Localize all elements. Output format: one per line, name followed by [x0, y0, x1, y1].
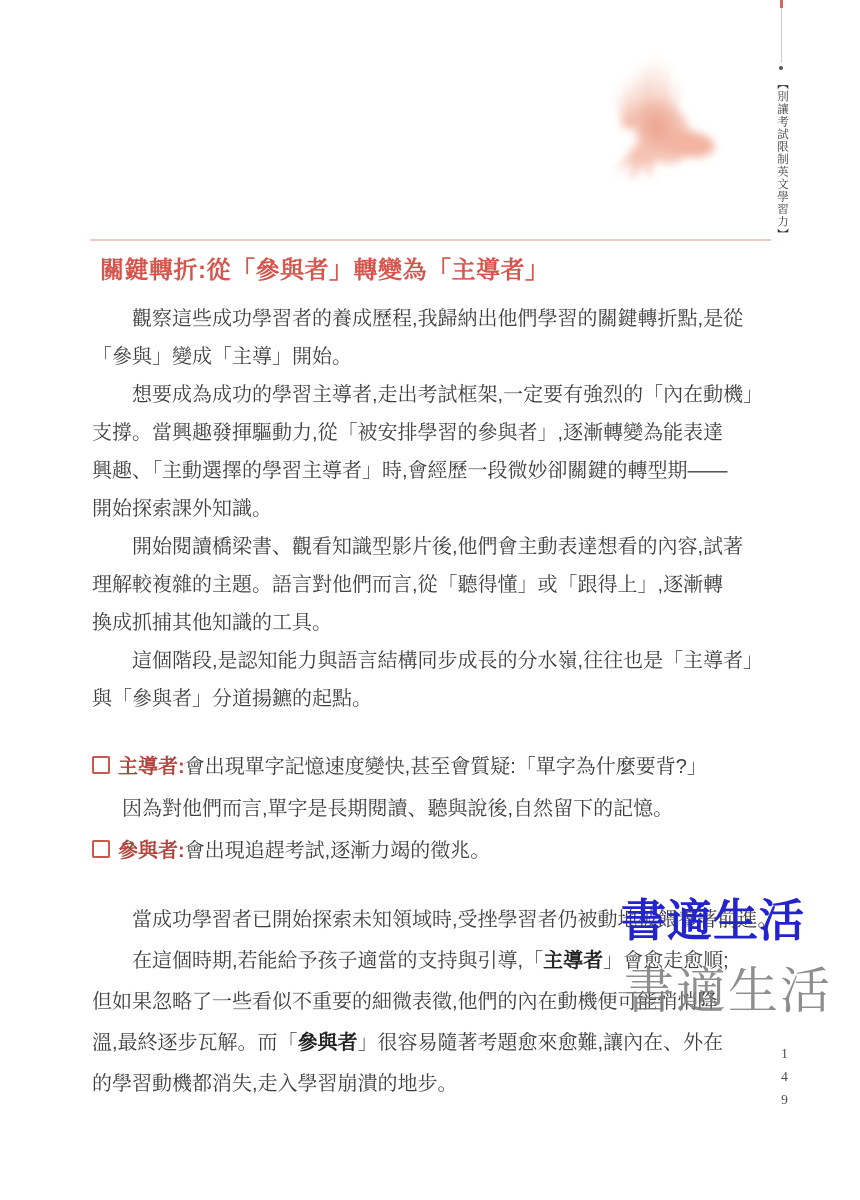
bullet-label: 參與者:	[118, 840, 185, 862]
text-line: 支撐。當興趣發揮驅動力,從「被安排學習的參與者」,逐漸轉變為能表達	[92, 414, 792, 452]
margin-rule	[781, 0, 782, 63]
text-line: 主導者:會出現單字記憶速度變快,甚至會質疑:「單字為什麼要背?」	[92, 746, 792, 788]
text-line: 想要成為成功的學習主導者,走出考試框架,一定要有強烈的「內在動機」	[92, 376, 792, 414]
text-line: 因為對他們而言,單字是長期閱讀、聽與說後,自然留下的記憶。	[92, 788, 792, 830]
margin-rule-dot	[779, 66, 783, 70]
checkbox-icon	[92, 756, 110, 774]
paragraph: 這個階段,是認知能力與語言結構同步成長的分水嶺,往往也是「主導者」與「參與者」分…	[92, 642, 792, 718]
text-run: 開始閱讀橋梁書、觀看知識型影片後,他們會主動表達想看的內容,試著	[132, 536, 743, 558]
text-run: 「參與」變成「主導」開始。	[92, 346, 352, 368]
paragraph: 觀察這些成功學習者的養成歷程,我歸納出他們學習的關鍵轉折點,是從「參與」變成「主…	[92, 300, 792, 376]
text-line: 「參與」變成「主導」開始。	[92, 338, 792, 376]
text-line: 觀察這些成功學習者的養成歷程,我歸納出他們學習的關鍵轉折點,是從	[92, 300, 792, 338]
section-title: 關鍵轉折:從「參與者」轉變為「主導者」	[100, 250, 550, 285]
text-run: 會出現單字記憶速度變快,甚至會質疑:「單字為什麼要背?」	[185, 756, 707, 778]
text-run: 支撐。當興趣發揮驅動力,從「被安排學習的參與者」,逐漸轉變為能表達	[92, 422, 723, 444]
text-line: 但如果忽略了一些看似不重要的細微表徵,他們的內在動機便可能悄悄降	[92, 982, 792, 1023]
text-run: 這個階段,是認知能力與語言結構同步成長的分水嶺,往往也是「主導者」	[132, 650, 763, 672]
text-line: 換成抓捕其他知識的工具。	[92, 604, 792, 642]
text-line: 當成功學習者已開始探索未知領域時,受挫學習者仍被動地被餵養著前進。	[92, 900, 792, 941]
intro-paragraphs: 觀察這些成功學習者的養成歷程,我歸納出他們學習的關鍵轉折點,是從「參與」變成「主…	[92, 300, 792, 718]
book-page: 【別讓考試限制英文學習力】 關鍵轉折:從「參與者」轉變為「主導者」 觀察這些成功…	[0, 0, 860, 1200]
text-run: 」很容易隨著考題愈來愈難,讓內在、外在	[358, 1032, 724, 1054]
text-line: 在這個時期,若能給予孩子適當的支持與引導,「主導者」會愈走愈順;	[92, 941, 792, 982]
text-run: 溫,最終逐步瓦解。而「	[92, 1032, 298, 1054]
text-run: 在這個時期,若能給予孩子適當的支持與引導,「	[132, 950, 543, 972]
text-run: 」會愈走愈順;	[603, 950, 729, 972]
text-run: 的學習動機都消失,走入學習崩潰的地步。	[92, 1073, 458, 1095]
bullet-list: 主導者:會出現單字記憶速度變快,甚至會質疑:「單字為什麼要背?」因為對他們而言,…	[92, 746, 792, 872]
text-run: 想要成為成功的學習主導者,走出考試框架,一定要有強烈的「內在動機」	[132, 384, 763, 406]
paragraph: 想要成為成功的學習主導者,走出考試框架,一定要有強烈的「內在動機」支撐。當興趣發…	[92, 376, 792, 528]
bullet-item: 參與者:會出現追趕考試,逐漸力竭的徵兆。	[92, 830, 792, 872]
section-divider	[90, 239, 771, 241]
text-line: 這個階段,是認知能力與語言結構同步成長的分水嶺,往往也是「主導者」	[92, 642, 792, 680]
paragraph: 當成功學習者已開始探索未知領域時,受挫學習者仍被動地被餵養著前進。	[92, 900, 792, 941]
bullet-label: 主導者:	[118, 756, 185, 778]
emphasis-text: 參與者	[298, 1032, 358, 1054]
text-line: 與「參與者」分道揚鑣的起點。	[92, 680, 792, 718]
text-run: 但如果忽略了一些看似不重要的細微表徵,他們的內在動機便可能悄悄降	[92, 991, 718, 1013]
text-run: 與「參與者」分道揚鑣的起點。	[92, 688, 372, 710]
paragraph: 在這個時期,若能給予孩子適當的支持與引導,「主導者」會愈走愈順;但如果忽略了一些…	[92, 941, 792, 1105]
page-number: 149	[776, 1046, 792, 1115]
text-run: 換成抓捕其他知識的工具。	[92, 612, 332, 634]
chapter-caption: 【別讓考試限制英文學習力】	[771, 78, 793, 241]
paragraph: 開始閱讀橋梁書、觀看知識型影片後,他們會主動表達想看的內容,試著理解較複雜的主題…	[92, 528, 792, 642]
emphasis-text: 主導者	[543, 950, 603, 972]
text-line: 興趣、「主動選擇的學習主導者」時,會經歷一段微妙卻關鍵的轉型期——	[92, 452, 792, 490]
checkbox-icon	[92, 840, 110, 858]
text-line: 溫,最終逐步瓦解。而「參與者」很容易隨著考題愈來愈難,讓內在、外在	[92, 1023, 792, 1064]
text-run: 當成功學習者已開始探索未知領域時,受挫學習者仍被動地被餵養著前進。	[132, 909, 778, 931]
text-line: 開始閱讀橋梁書、觀看知識型影片後,他們會主動表達想看的內容,試著	[92, 528, 792, 566]
text-line: 理解較複雜的主題。語言對他們而言,從「聽得懂」或「跟得上」,逐漸轉	[92, 566, 792, 604]
text-run: 興趣、「主動選擇的學習主導者」時,會經歷一段微妙卻關鍵的轉型期——	[92, 460, 728, 482]
dove-illustration	[585, 32, 721, 184]
text-run: 觀察這些成功學習者的養成歷程,我歸納出他們學習的關鍵轉折點,是從	[132, 308, 743, 330]
closing-paragraphs: 當成功學習者已開始探索未知領域時,受挫學習者仍被動地被餵養著前進。在這個時期,若…	[92, 900, 792, 1105]
margin-rule-red-tip	[780, 0, 783, 8]
text-run: 因為對他們而言,單字是長期閱讀、聽與說後,自然留下的記憶。	[122, 798, 673, 820]
text-line: 參與者:會出現追趕考試,逐漸力竭的徵兆。	[92, 830, 792, 872]
text-line: 的學習動機都消失,走入學習崩潰的地步。	[92, 1064, 792, 1105]
text-run: 開始探索課外知識。	[92, 498, 272, 520]
bullet-item: 主導者:會出現單字記憶速度變快,甚至會質疑:「單字為什麼要背?」因為對他們而言,…	[92, 746, 792, 830]
text-line: 開始探索課外知識。	[92, 490, 792, 528]
text-run: 會出現追趕考試,逐漸力竭的徵兆。	[185, 840, 491, 862]
text-run: 理解較複雜的主題。語言對他們而言,從「聽得懂」或「跟得上」,逐漸轉	[92, 574, 723, 596]
